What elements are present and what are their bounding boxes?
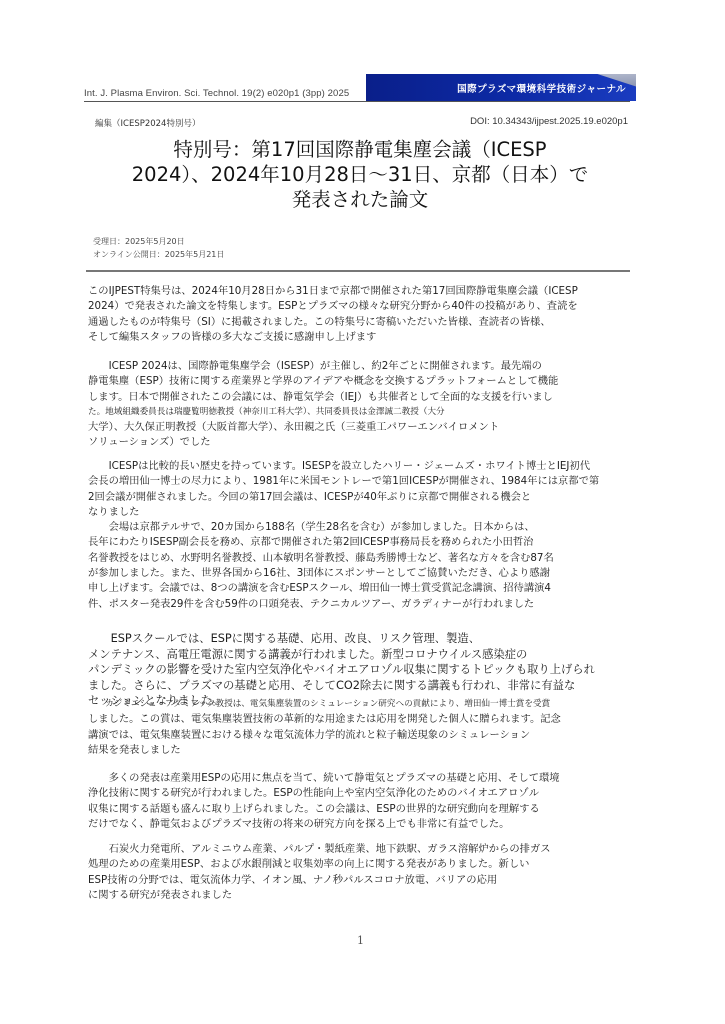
text-line: 大学）、大久保正明教授（大阪首都大学）、永田親之氏（三菱重工パワーエンバイロメン… <box>88 420 643 435</box>
received-date: 受理日：2025年5月20日 <box>93 235 224 248</box>
text-line: 講演では、電気集塵装置における様々な電気流体力学的流れと粒子輸送現象のシミュレー… <box>88 728 643 743</box>
text-line: た。地域組織委員長は瑞慶覧明徳教授（神奈川工科大学）、共同委員長は金澤誠二教授（… <box>88 405 643 420</box>
text-line: このIJPEST特集号は、2024年10月28日から31日まで京都で開催された第… <box>88 284 643 299</box>
text-line: メンテナンス、高電圧電源に関する講義が行われました。新型コロナウイルス感染症の <box>88 647 643 663</box>
journal-citation: Int. J. Plasma Environ. Sci. Technol. 19… <box>84 88 349 99</box>
title-line: 2024）、2024年10月28日〜31日、京都（日本）で <box>100 162 620 187</box>
text-line: だけでなく、静電気およびプラズマ技術の将来の研究方向を探る上でも非常に有益でした… <box>88 817 643 832</box>
title-line: 特別号：第17回国際静電集塵会議（ICESP <box>100 137 620 162</box>
text-line: 収集に関する話題も盛んに取り上げられました。この会議は、ESPの世界的な研究動向… <box>88 802 643 817</box>
text-line: 処理のための産業用ESP、および水銀削減と収集効率の向上に関する発表がありました… <box>88 857 643 872</box>
text-line: しました。この賞は、電気集塵装置技術の革新的な用途または応用を開発した個人に贈ら… <box>88 712 643 727</box>
text-line: ソリューションズ）でした <box>88 435 643 450</box>
text-line: 石炭火力発電所、アルミニウム産業、パルプ・製紙産業、地下鉄駅、ガラス溶解炉からの… <box>88 842 643 857</box>
text-line: 申し上げます。会議では、8つの講演を含むESPスクール、増田仙一博士賞受賞記念講… <box>88 581 643 596</box>
text-line: ESP技術の分野では、電気流体力学、イオン風、ナノ秒パルスコロナ放電、バリアの応… <box>88 873 643 888</box>
text-line: します。日本で開催されたこの会議には、静電気学会（IEJ）も共催者として全面的な… <box>88 390 643 405</box>
text-line: 件、ポスター発表29件を含む59件の口頭発表、テクニカルツアー、ガラディナーが行… <box>88 597 643 612</box>
doi[interactable]: DOI: 10.34343/ijpest.2025.19.e020p1 <box>470 116 628 127</box>
paragraph-history-venue: ICESPは比較的長い歴史を持っています。ISESPを設立したハリー・ジェームズ… <box>88 459 643 612</box>
text-line: 静電集塵（ESP）技術に関する産業界と学界のアイデアや概念を交換するプラットフォ… <box>88 374 643 389</box>
text-line: に関する研究が発表されました <box>88 888 643 903</box>
text-line: 長年にわたりISESP副会長を務め、京都で開催された第2回ICESP事務局長を務… <box>88 535 643 550</box>
publication-dates: 受理日：2025年5月20日 オンライン公開日：2025年5月21日 <box>93 235 224 261</box>
text-line: そして編集スタッフの皆様の多大なご支援に感謝申し上げます <box>88 330 643 345</box>
text-line: 浄化技術に関する研究が行われました。ESPの性能向上や室内空気浄化のためのバイオ… <box>88 786 643 801</box>
text-line: 多くの発表は産業用ESPの応用に焦点を当て、続いて静電気とプラズマの基礎と応用、… <box>88 771 643 786</box>
text-line: が参加しました。また、世界各国から16社、3団体にスポンサーとしてご協賛いただき… <box>88 566 643 581</box>
journal-banner: 国際プラズマ環境科学技術ジャーナル <box>366 74 636 101</box>
text-line: カジミエシュ・アダミアック教授は、電気集塵装置のシミュレーション研究への貢献によ… <box>88 697 643 712</box>
journal-banner-title: 国際プラズマ環境科学技術ジャーナル <box>457 81 626 95</box>
paragraph-presentations: 多くの発表は産業用ESPの応用に焦点を当て、続いて静電気とプラズマの基礎と応用、… <box>88 771 643 832</box>
text-line: 名誉教授をはじめ、水野明名誉教授、山本敏明名誉教授、藤島秀勝博士など、著名な方々… <box>88 551 643 566</box>
text-line: 2024）で発表された論文を特集します。ESPとプラズマの様々な研究分野から40… <box>88 299 643 314</box>
text-line: ICESPは比較的長い歴史を持っています。ISESPを設立したハリー・ジェームズ… <box>88 459 643 474</box>
paper-title: 特別号：第17回国際静電集塵会議（ICESP 2024）、2024年10月28日… <box>100 137 620 212</box>
section-label: 編集（ICESP2024特別号） <box>95 117 200 129</box>
paragraph-intro: このIJPEST特集号は、2024年10月28日から31日まで京都で開催された第… <box>88 284 643 345</box>
text-line: 通過したものが特集号（SI）に掲載されました。この特集号に寄稿いただいた皆様、査… <box>88 315 643 330</box>
text-line: なりました <box>88 505 643 520</box>
text-line: 結果を発表しました <box>88 743 643 758</box>
paragraph-icesp-2024: ICESP 2024は、国際静電集塵学会（ISESP）が主催し、約2年ごとに開催… <box>88 359 643 451</box>
title-divider <box>86 270 630 272</box>
text-line: 2回会議が開催されました。今回の第17回会議は、ICESPが40年ぶりに京都で開… <box>88 490 643 505</box>
paragraph-industrial-esp: 石炭火力発電所、アルミニウム産業、パルプ・製紙産業、地下鉄駅、ガラス溶解炉からの… <box>88 842 643 903</box>
text-line: パンデミックの影響を受けた室内空気浄化やバイオエアロゾル収集に関するトピックも取… <box>88 662 643 678</box>
page-number: 1 <box>357 934 364 947</box>
header-divider <box>84 101 630 102</box>
text-line: ICESP 2024は、国際静電集塵学会（ISESP）が主催し、約2年ごとに開催… <box>88 359 643 374</box>
published-online-date: オンライン公開日：2025年5月21日 <box>93 248 224 261</box>
text-line: ESPスクールでは、ESPに関する基礎、応用、改良、リスク管理、製造、 <box>88 631 643 647</box>
title-line: 発表された論文 <box>100 187 620 212</box>
text-line: 会場は京都テルサで、20カ国から188名（学生28名を含む）が参加しました。日本… <box>88 520 643 535</box>
paragraph-award: カジミエシュ・アダミアック教授は、電気集塵装置のシミュレーション研究への貢献によ… <box>88 697 643 758</box>
text-line: ました。さらに、プラズマの基礎と応用、そしてCO2除去に関する講義も行われ、非常… <box>88 678 643 694</box>
text-line: 会長の増田仙一博士の尽力により、1981年に米国モントレーで第1回ICESPが開… <box>88 474 643 489</box>
